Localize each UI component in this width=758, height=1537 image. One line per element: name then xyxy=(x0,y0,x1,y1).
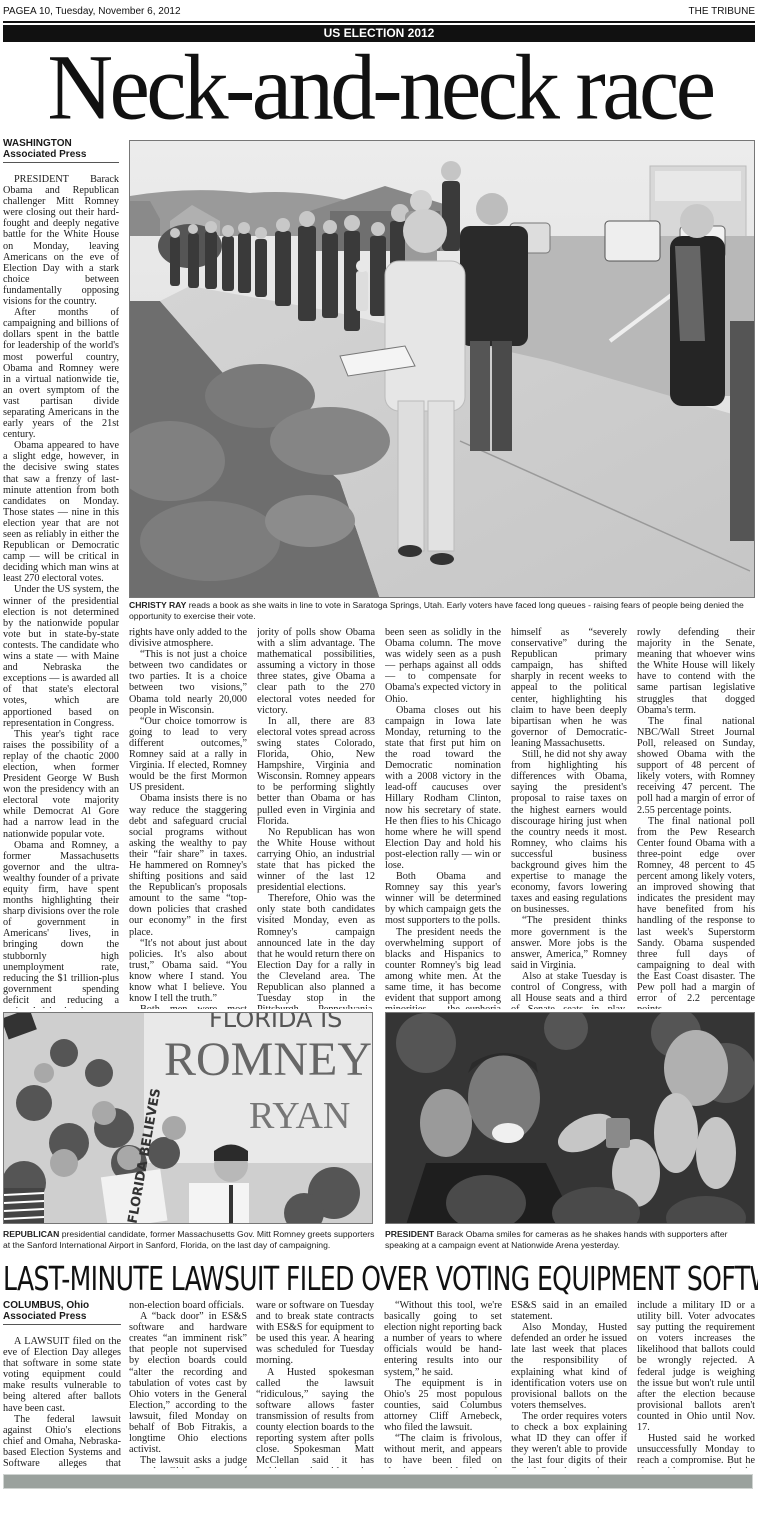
paragraph: Still, he did not shy away from highligh… xyxy=(511,749,627,915)
main-story-column-5: himself as “severely conservative” durin… xyxy=(511,627,627,1009)
paragraph: Both men were most intent on Ohio, a Mid… xyxy=(129,1004,247,1009)
paragraph: A Husted spokesman called the lawsuit “r… xyxy=(256,1367,374,1468)
paragraph: Also at stake Tuesday is control of Cong… xyxy=(511,971,627,1009)
obama-rally-photo xyxy=(385,1012,755,1224)
romney-caption: REPUBLICAN presidential candidate, forme… xyxy=(3,1229,375,1250)
caption-lead: PRESIDENT xyxy=(385,1229,434,1239)
paragraph: A “back door” in ES&S software and hardw… xyxy=(129,1311,247,1455)
paragraph: Obama closes out his campaign in Iowa la… xyxy=(385,705,501,871)
header-rule xyxy=(3,21,755,23)
paragraph: No Republican has won the White House wi… xyxy=(257,827,375,894)
dateline-agency: Associated Press xyxy=(3,1311,121,1322)
paragraph: The final national NBC/Wall Street Journ… xyxy=(637,716,755,816)
main-story-column-2: rights have only added to the divisive a… xyxy=(129,627,247,1009)
paragraph: ES&S said in an emailed statement. xyxy=(511,1300,627,1322)
voters-line-image xyxy=(130,141,755,598)
paragraph: Obama insists there is no way reduce the… xyxy=(129,793,247,937)
paragraph: In all, there are 83 electoral votes spr… xyxy=(257,716,375,827)
paragraph: Under the US system, the winner of the p… xyxy=(3,584,119,728)
lawsuit-column-1: COLUMBUS, Ohio Associated Press A LAWSUI… xyxy=(3,1300,121,1468)
paragraph: Also Monday, Husted defended an order he… xyxy=(511,1322,627,1411)
sign-text-3: RYAN xyxy=(249,1095,350,1137)
main-story-column-3: jority of polls show Obama with a slim a… xyxy=(257,627,375,1009)
paragraph: jority of polls show Obama with a slim a… xyxy=(257,627,375,716)
dateline: WASHINGTON Associated Press xyxy=(3,138,119,163)
paragraph: “The president thinks more government is… xyxy=(511,915,627,970)
paragraph: Both Obama and Romney say this year's wi… xyxy=(385,871,501,926)
paragraph: ware or software on Tuesday and to break… xyxy=(256,1300,374,1367)
lawsuit-column-5: ES&S said in an emailed statement. Also … xyxy=(511,1300,627,1468)
caption-lead: REPUBLICAN xyxy=(3,1229,59,1239)
paragraph: “It's not about just about policies. It'… xyxy=(129,938,247,1005)
paragraph: include a military ID or a utility bill.… xyxy=(637,1300,755,1433)
paragraph: rights have only added to the divisive a… xyxy=(129,627,247,649)
main-story-column-6: rowly defending their majority in the Se… xyxy=(637,627,755,1009)
obama-caption: PRESIDENT Barack Obama smiles for camera… xyxy=(385,1229,757,1250)
dateline-city: WASHINGTON xyxy=(3,138,119,149)
paragraph: been seen as solidly in the Obama column… xyxy=(385,627,501,705)
voters-line-caption: CHRISTY RAY reads a book as she waits in… xyxy=(129,600,757,621)
caption-lead: CHRISTY RAY xyxy=(129,600,186,610)
paragraph: “This is not just a choice between two c… xyxy=(129,649,247,716)
paragraph: himself as “severely conservative” durin… xyxy=(511,627,627,749)
paragraph: Obama appeared to have a slight edge, ho… xyxy=(3,440,119,584)
paragraph: A LAWSUIT filed on the eve of Election D… xyxy=(3,1336,121,1414)
lawsuit-headline: LAST-MINUTE LAWSUIT FILED OVER VOTING EQ… xyxy=(3,1260,575,1298)
page-info: PAGEA 10, Tuesday, November 6, 2012 xyxy=(3,6,181,20)
paragraph: The final national poll from the Pew Res… xyxy=(637,816,755,1009)
lawsuit-column-4: “Without this tool, we're basically goin… xyxy=(384,1300,502,1468)
dateline: COLUMBUS, Ohio Associated Press xyxy=(3,1300,121,1325)
paragraph: The order requires voters to check a box… xyxy=(511,1411,627,1468)
paragraph: The equipment is in Ohio's 25 most popul… xyxy=(384,1378,502,1433)
main-story-column-4: been seen as solidly in the Obama column… xyxy=(385,627,501,1009)
footer-bar xyxy=(3,1474,753,1489)
paragraph: Husted said he worked unsuccessfully Mon… xyxy=(637,1433,755,1468)
lawsuit-column-2: non-election board officials. A “back do… xyxy=(129,1300,247,1468)
paragraph: PRESIDENT Barack Obama and Republican ch… xyxy=(3,174,119,307)
page-header: PAGEA 10, Tuesday, November 6, 2012 THE … xyxy=(3,6,755,20)
paragraph: rowly defending their majority in the Se… xyxy=(637,627,755,716)
sign-text-2: ROMNEY xyxy=(164,1033,372,1086)
paragraph: The federal lawsuit against Ohio's elect… xyxy=(3,1414,121,1468)
obama-rally-image xyxy=(386,1013,755,1224)
dateline-agency: Associated Press xyxy=(3,149,119,160)
paragraph: “Our choice tomorrow is going to lead to… xyxy=(129,716,247,794)
paragraph: After months of campaigning and billions… xyxy=(3,307,119,440)
lead-word: PRESIDENT xyxy=(14,174,69,185)
paragraph: “Without this tool, we're basically goin… xyxy=(384,1300,502,1378)
lawsuit-column-3: ware or software on Tuesday and to break… xyxy=(256,1300,374,1468)
paragraph: The lawsuit asks a judge to order Ohio S… xyxy=(129,1455,247,1468)
main-story-column-1: WASHINGTON Associated Press PRESIDENT Ba… xyxy=(3,138,119,1008)
lawsuit-column-6: include a military ID or a utility bill.… xyxy=(637,1300,755,1468)
paragraph: This year's tight race raises the possib… xyxy=(3,729,119,840)
paragraph: The president needs the overwhelming sup… xyxy=(385,927,501,1009)
paragraph: “The claim is frivolous, without merit, … xyxy=(384,1433,502,1468)
paragraph: non-election board officials. xyxy=(129,1300,247,1311)
dateline-city: COLUMBUS, Ohio xyxy=(3,1300,121,1311)
paper-name: THE TRIBUNE xyxy=(689,6,756,20)
main-headline: Neck-and-neck race xyxy=(2,43,758,133)
romney-rally-photo: FLORIDA IS ROMNEY RYAN FLORIDA BELIEVES xyxy=(3,1012,373,1224)
romney-rally-image: FLORIDA IS ROMNEY RYAN FLORIDA BELIEVES xyxy=(4,1013,373,1224)
voters-line-photo xyxy=(129,140,755,598)
sign-text-1: FLORIDA IS xyxy=(209,1013,342,1033)
paragraph: Therefore, Ohio was the only state both … xyxy=(257,893,375,1009)
paragraph: Obama and Romney, a former Massachusetts… xyxy=(3,840,119,1008)
